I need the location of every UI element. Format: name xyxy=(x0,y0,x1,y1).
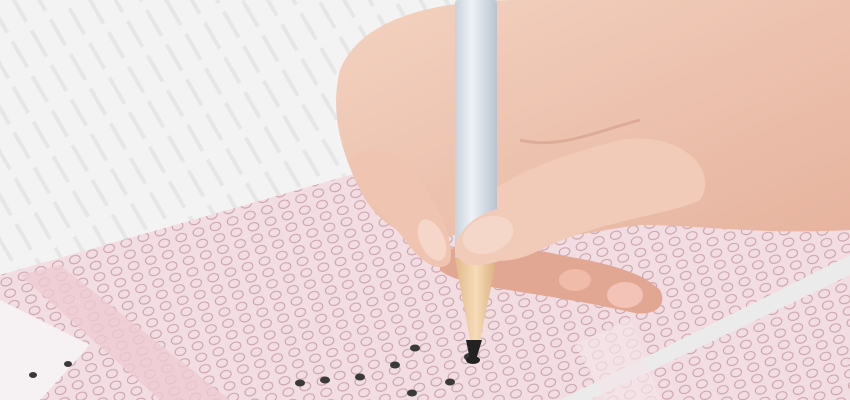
photo-scene xyxy=(0,0,850,400)
photo-illustration xyxy=(0,0,850,400)
